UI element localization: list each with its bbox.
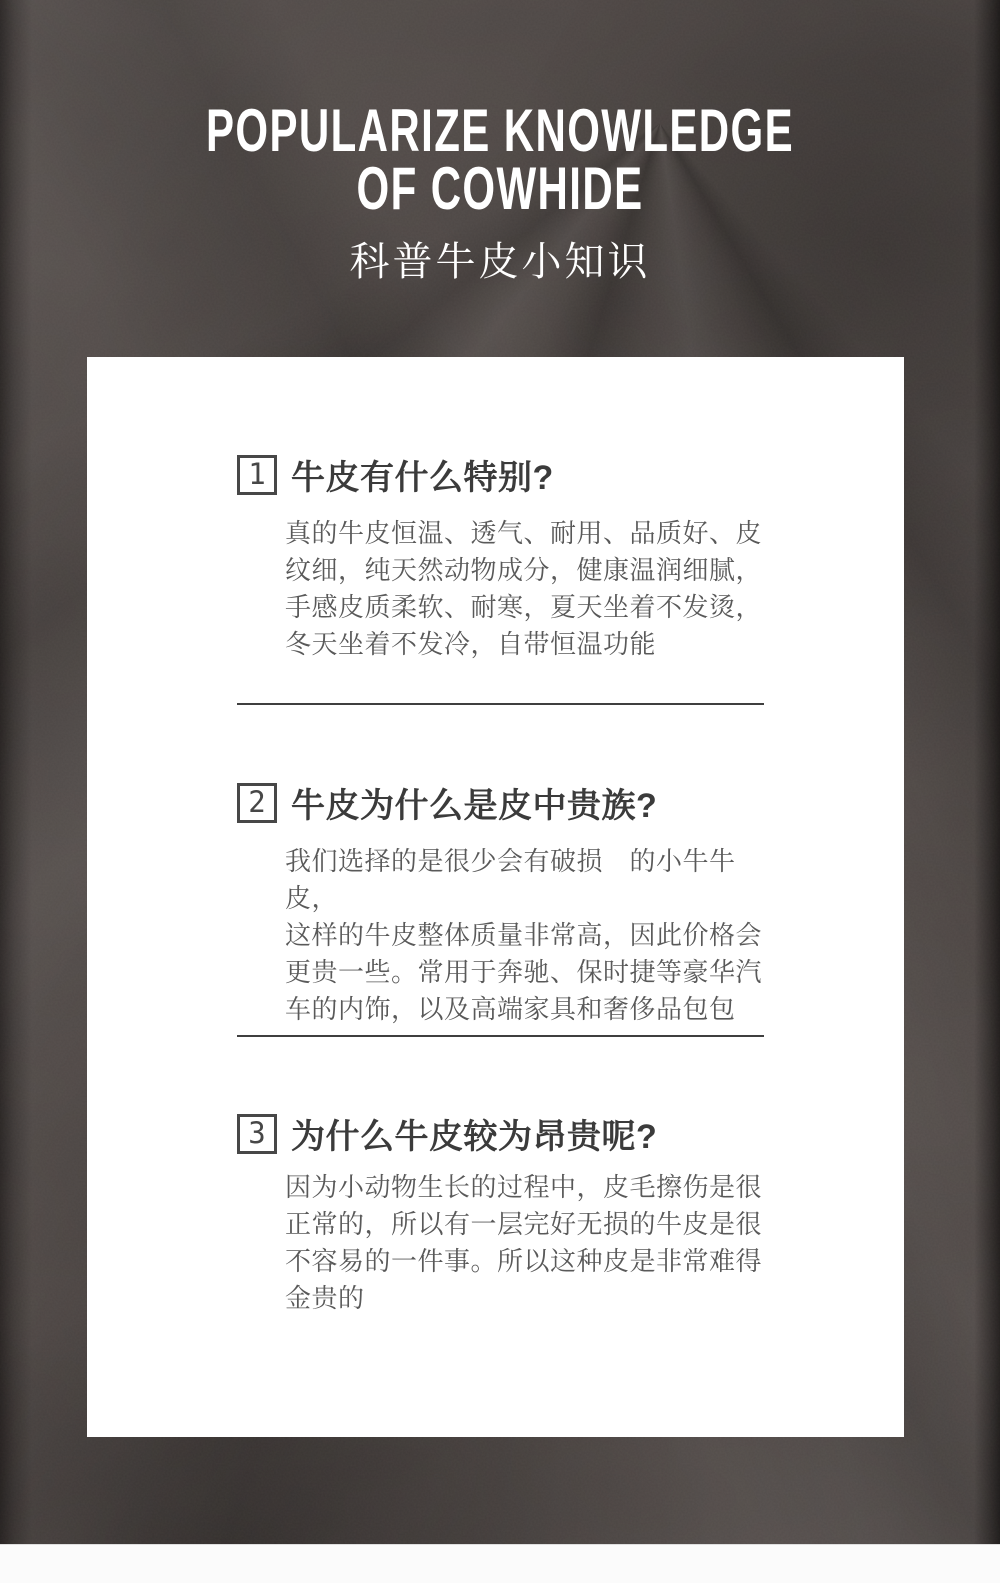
section-1-body: 真的牛皮恒温、透气、耐用、品质好、皮 纹细，纯天然动物成分，健康温润细腻， 手感… [285,515,785,663]
subtitle-chinese: 科普牛皮小知识 [0,230,1000,287]
section-3-number-box: 3 [237,1114,277,1154]
section-1-title: 牛皮有什么特别? [291,450,554,499]
title-line-2: OF COWHIDE [150,160,850,218]
bottom-white-strip [0,1544,1000,1583]
page: POPULARIZE KNOWLEDGE OF COWHIDE 科普牛皮小知识 … [0,0,1000,1583]
title-line-1: POPULARIZE KNOWLEDGE [150,102,850,160]
section-1-header: 1 牛皮有什么特别? [237,450,554,499]
section-2-number-box: 2 [237,783,277,823]
knowledge-card: 1 牛皮有什么特别? 真的牛皮恒温、透气、耐用、品质好、皮 纹细，纯天然动物成分… [87,357,904,1437]
section-2-header: 2 牛皮为什么是皮中贵族? [237,778,657,827]
divider-2 [237,1035,764,1037]
section-2-body: 我们选择的是很少会有破损 的小牛牛皮， 这样的牛皮整体质量非常高，因此价格会 更… [285,843,785,1028]
section-3-body: 因为小动物生长的过程中，皮毛擦伤是很 正常的，所以有一层完好无损的牛皮是很 不容… [285,1169,785,1317]
section-1-number-box: 1 [237,455,277,495]
divider-1 [237,703,764,705]
section-3-title: 为什么牛皮较为昂贵呢? [291,1109,657,1158]
title-english: POPULARIZE KNOWLEDGE OF COWHIDE [150,102,850,218]
section-2-title: 牛皮为什么是皮中贵族? [291,778,657,827]
header: POPULARIZE KNOWLEDGE OF COWHIDE 科普牛皮小知识 [0,102,1000,287]
section-3-header: 3 为什么牛皮较为昂贵呢? [237,1109,657,1158]
